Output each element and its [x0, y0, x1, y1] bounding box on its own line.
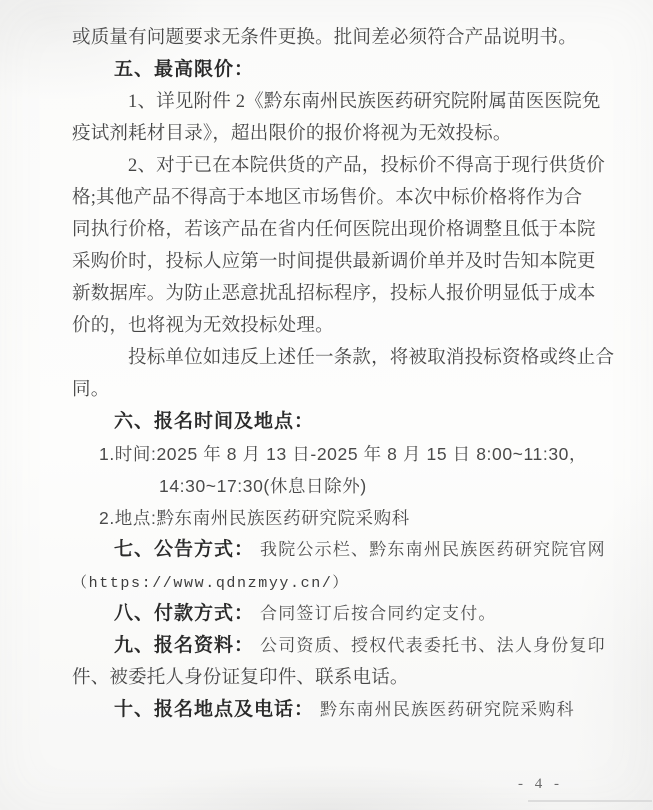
- text-line: 1.时间:2025 年 8 月 13 日-2025 年 8 月 15 日 8:0…: [72, 438, 588, 470]
- text-segment: 2.地点:黔东南州民族医药研究院采购科: [99, 508, 410, 528]
- text-line: 新数据库。为防止恶意扰乱招标程序，投标人报价明显低于成本: [72, 278, 588, 310]
- text-line: 14:30~17:30(休息日除外): [72, 470, 588, 502]
- text-segment: 投标单位如违反上述任一条款，将被取消投标资格或终止合: [128, 348, 614, 368]
- section-heading-segment: 九、报名资料：: [114, 635, 254, 656]
- text-segment: 价的，也将视为无效投标处理。: [72, 316, 334, 336]
- document-body: 或质量有问题要求无条件更换。批间差必须符合产品说明书。五、最高限价：1、详见附件…: [72, 22, 588, 726]
- text-segment: 2、对于已在本院供货的产品，投标价不得高于现行供货价: [128, 156, 605, 176]
- text-line: 格;其他产品不得高于本地区市场售价。本次中标价格将作为合: [72, 182, 588, 214]
- text-line: （https://www.qdnzmyy.cn/）: [72, 566, 588, 598]
- text-segment: 同执行价格，若该产品在省内任何医院出现价格调整且低于本院: [72, 220, 596, 240]
- section-heading-segment: 十、报名地点及电话：: [114, 699, 314, 720]
- text-segment: 格;其他产品不得高于本地区市场售价。本次中标价格将作为合: [72, 188, 582, 208]
- text-segment: 新数据库。为防止恶意扰乱招标程序，投标人报价明显低于成本: [72, 284, 596, 304]
- text-line: 件、被委托人身份证复印件、联系电话。: [72, 662, 588, 694]
- text-segment: 我院公示栏、黔东南州民族医药研究院官网: [260, 540, 606, 559]
- text-segment: 14:30~17:30(休息日除外): [159, 476, 367, 496]
- section-heading-segment: 五、最高限价：: [114, 59, 254, 80]
- text-line: 2、对于已在本院供货的产品，投标价不得高于现行供货价: [72, 150, 588, 182]
- text-line: 1、详见附件 2《黔东南州民族医药研究院附属苗医医院免: [72, 86, 588, 118]
- text-segment: （https://www.qdnzmyy.cn/）: [72, 575, 349, 592]
- text-line: 或质量有问题要求无条件更换。批间差必须符合产品说明书。: [72, 22, 588, 54]
- text-segment: 或质量有问题要求无条件更换。批间差必须符合产品说明书。: [72, 28, 577, 48]
- text-line: 投标单位如违反上述任一条款，将被取消投标资格或终止合: [72, 342, 588, 374]
- section-heading-segment: 八、付款方式：: [114, 603, 254, 624]
- text-line: 同。: [72, 374, 588, 406]
- text-line: 采购价时，投标人应第一时间提供最新调价单并及时告知本院更: [72, 246, 588, 278]
- text-line: 七、公告方式：我院公示栏、黔东南州民族医药研究院官网: [72, 534, 588, 566]
- text-segment: 件、被委托人身份证复印件、联系电话。: [72, 668, 409, 688]
- text-segment: 采购价时，投标人应第一时间提供最新调价单并及时告知本院更: [72, 252, 596, 272]
- text-segment: 1、详见附件 2《黔东南州民族医药研究院附属苗医医院免: [128, 92, 601, 112]
- text-line: 价的，也将视为无效投标处理。: [72, 310, 588, 342]
- text-segment: 黔东南州民族医药研究院采购科: [320, 700, 575, 719]
- text-line: 八、付款方式：合同签订后按合同约定支付。: [72, 598, 588, 630]
- page-number: - 4 -: [518, 776, 563, 793]
- text-segment: 合同签订后按合同约定支付。: [260, 604, 497, 623]
- section-heading-segment: 七、公告方式：: [114, 539, 254, 560]
- text-line: 六、报名时间及地点：: [72, 406, 588, 438]
- text-line: 同执行价格，若该产品在省内任何医院出现价格调整且低于本院: [72, 214, 588, 246]
- text-line: 九、报名资料：公司资质、授权代表委托书、法人身份复印: [72, 630, 588, 662]
- text-line: 十、报名地点及电话：黔东南州民族医药研究院采购科: [72, 694, 588, 726]
- section-heading-segment: 六、报名时间及地点：: [114, 411, 314, 432]
- text-line: 2.地点:黔东南州民族医药研究院采购科: [72, 502, 588, 534]
- footer-divider: [528, 800, 652, 802]
- scanned-page: 或质量有问题要求无条件更换。批间差必须符合产品说明书。五、最高限价：1、详见附件…: [0, 0, 653, 810]
- text-line: 疫试剂耗材目录》，超出限价的报价将视为无效投标。: [72, 118, 588, 150]
- text-segment: 公司资质、授权代表委托书、法人身份复印: [260, 636, 606, 655]
- text-segment: 同。: [72, 380, 109, 400]
- text-line: 五、最高限价：: [72, 54, 588, 86]
- text-segment: 疫试剂耗材目录》，超出限价的报价将视为无效投标。: [72, 124, 512, 144]
- text-segment: 1.时间:2025 年 8 月 13 日-2025 年 8 月 15 日 8:0…: [99, 444, 587, 464]
